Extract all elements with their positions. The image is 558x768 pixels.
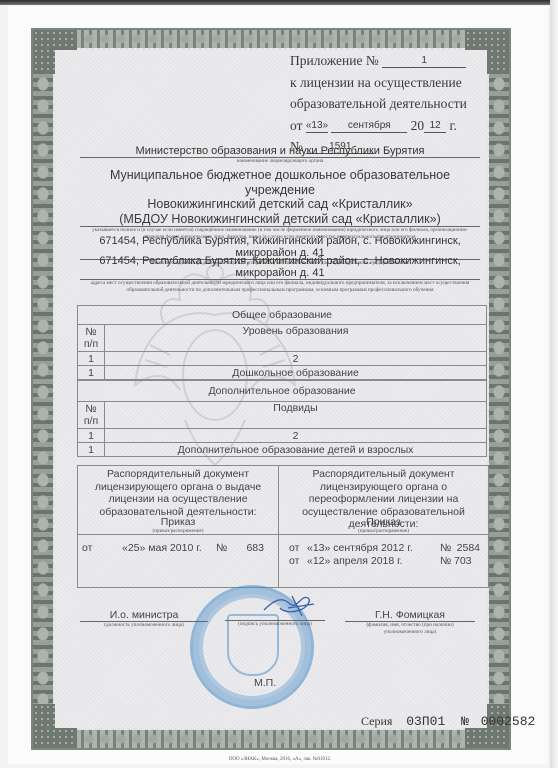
row-number: 1 — [78, 443, 105, 457]
reissue-order-column: Распорядительный документ лицензирующего… — [279, 466, 488, 587]
activity-address-caption: адреса мест осуществления образовательно… — [80, 280, 480, 294]
signatory-position: И.о. министра — [80, 609, 208, 622]
position-caption: (должность уполномоченного лица) — [80, 622, 208, 629]
authority-name: Министерство образования и науки Республ… — [80, 145, 480, 158]
ornament-border-bottom — [33, 730, 509, 748]
seal-label: М.П. — [254, 677, 276, 689]
issue-order-type-caption: (приказ/распоряжение) — [78, 528, 278, 535]
entry-number: 2584 — [454, 542, 480, 554]
signature-block: (подпись уполномоченного лица) — [225, 620, 325, 628]
organization-short-name: (МБДОУ Новокижингинский детский сад «Кри… — [80, 212, 480, 228]
appendix-month: сентября — [331, 120, 407, 133]
position-block: И.о. министра (должность уполномоченного… — [80, 609, 208, 629]
series-label: Серия — [361, 714, 392, 728]
organization-name-line1: Муниципальное бюджетное дошкольное образ… — [80, 168, 480, 197]
entry-prefix: от — [289, 555, 307, 567]
appendix-number: 1 — [382, 55, 466, 68]
col-subtypes-header: Подвиды — [105, 402, 487, 429]
entry-prefix: от — [82, 542, 122, 554]
table-row: 1 2 — [78, 352, 487, 366]
entry-number: 683 — [242, 542, 264, 554]
reissue-order-heading: Распорядительный документ лицензирующего… — [279, 466, 488, 518]
name-block: Г.Н. Фомицкая (фамилия, имя, отчество (п… — [345, 609, 475, 636]
issue-order-entry: от «25» мая 2010 г. № 683 — [82, 542, 264, 554]
issue-order-column: Распорядительный документ лицензирующего… — [78, 466, 279, 587]
entry-prefix: от — [289, 542, 307, 554]
col-number-header: № п/п — [78, 325, 105, 352]
row-value: 2 — [105, 352, 487, 366]
activity-address-block: 671454, Республика Бурятия, Кижингинский… — [80, 255, 480, 294]
entry-no-label: № — [440, 542, 454, 554]
general-education-table: Общее образование № п/п Уровень образова… — [77, 305, 487, 380]
year-prefix: 20 — [411, 118, 425, 133]
ornament-border-left — [33, 30, 53, 748]
table-row: 1 2 — [78, 429, 487, 443]
reissue-order-entry: от «12» апреля 2018 г. № 703 — [289, 555, 480, 567]
entry-no-label: № — [440, 555, 454, 567]
row-number: 1 — [78, 352, 105, 366]
row-value: Дополнительное образование детей и взрос… — [105, 443, 487, 457]
publisher-imprint: ООО «ЗНАК», Москва, 2016, «А», зак. №010… — [200, 757, 360, 762]
signatory-name: Г.Н. Фомицкая — [345, 609, 475, 622]
authority-block: Министерство образования и науки Республ… — [80, 145, 480, 165]
table-row: 1 Дошкольное образование — [78, 366, 487, 380]
appendix-activity-line: образовательной деятельности — [290, 93, 510, 115]
col-number-header: № п/п — [78, 402, 105, 429]
entry-date: «12» апреля 2018 г. — [307, 555, 440, 567]
signature-icon — [262, 590, 317, 618]
entry-no-label: № — [216, 542, 242, 554]
reissue-order-type-caption: (приказ/распоряжение) — [279, 528, 488, 535]
name-caption: (фамилия, имя, отчество (при наличии) уп… — [345, 622, 475, 636]
scan-edge-right — [550, 0, 558, 768]
orders-box: Распорядительный документ лицензирующего… — [77, 465, 489, 588]
date-prefix: от — [290, 118, 302, 133]
table-row: 1 Дополнительное образование детей и взр… — [78, 443, 487, 457]
entry-number: 703 — [454, 555, 480, 567]
series-code: 03П01 — [406, 714, 445, 729]
row-number: 1 — [78, 429, 105, 443]
additional-education-table: Дополнительное образование № п/п Подвиды… — [77, 380, 487, 457]
reissue-order-entry: от «13» сентября 2012 г. № 2584 — [289, 542, 480, 554]
col-level-header: Уровень образования — [105, 325, 487, 352]
entry-date: «25» мая 2010 г. — [122, 542, 216, 554]
scan-edge-top — [0, 0, 558, 5]
signature-caption: (подпись уполномоченного лица) — [225, 621, 325, 628]
appendix-header: Приложение № 1 к лицензии на осуществлен… — [290, 50, 510, 158]
additional-education-title: Дополнительное образование — [78, 381, 487, 402]
year-unit: г. — [449, 118, 456, 133]
row-value: Дошкольное образование — [105, 366, 487, 380]
series-no-label: № — [461, 714, 469, 729]
organization-block: Муниципальное бюджетное дошкольное образ… — [80, 168, 480, 241]
entry-date: «13» сентября 2012 г. — [307, 542, 440, 554]
appendix-day: «13» — [306, 120, 328, 133]
row-number: 1 — [78, 366, 105, 380]
series-number: 0002582 — [481, 714, 536, 729]
appendix-label: Приложение № — [290, 53, 379, 68]
activity-address: 671454, Республика Бурятия, Кижингинский… — [80, 255, 480, 280]
authority-caption: наименование лицензирующего органа — [80, 158, 480, 165]
appendix-year: 12 — [424, 120, 446, 133]
issue-order-heading: Распорядительный документ лицензирующего… — [78, 466, 278, 510]
general-education-title: Общее образование — [78, 306, 487, 325]
organization-name-line2: Новокижингинский детский сад «Кристаллик… — [80, 197, 480, 212]
row-value: 2 — [105, 429, 487, 443]
series-block: Серия 03П01 № 0002582 — [361, 714, 535, 729]
ornament-border-top — [33, 30, 509, 48]
appendix-license-line: к лицензии на осуществление — [290, 72, 510, 94]
